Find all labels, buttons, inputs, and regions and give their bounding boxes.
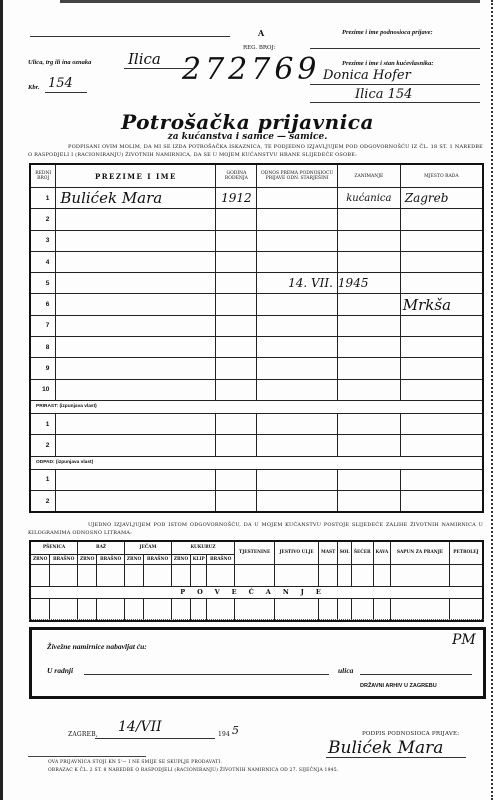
relation-cell[interactable] (257, 294, 338, 315)
form-subtitle: za kućanstva i samce — samice. (0, 132, 495, 142)
stock-cell[interactable] (391, 564, 450, 586)
table-row: 4 (30, 251, 483, 272)
name-cell[interactable] (56, 469, 216, 490)
sub-header: BRAŠNO (50, 554, 78, 564)
year-cell[interactable] (216, 358, 257, 379)
name-cell[interactable] (56, 251, 216, 272)
group-header-jecam: JEČAM (125, 541, 172, 554)
sub-header: KLIP (191, 554, 207, 564)
occupation-cell[interactable] (337, 469, 400, 490)
sub-header: ZRNO (125, 554, 144, 564)
year-cell[interactable] (216, 294, 257, 315)
name-cell[interactable] (56, 358, 216, 379)
sub-header: BRAŠNO (207, 554, 235, 564)
sub-header: ZRNO (30, 554, 50, 564)
sub-header: ZRNO (78, 554, 97, 564)
workplace-cell[interactable] (400, 469, 483, 490)
table-row: 3 (30, 230, 483, 251)
table-row: 8 (30, 337, 483, 358)
separator (29, 619, 484, 620)
occupation-cell[interactable] (337, 294, 400, 315)
name-cell[interactable] (56, 435, 216, 456)
reg-broj-value[interactable]: 272769 (182, 52, 321, 87)
relation-cell[interactable] (257, 230, 338, 251)
occupation-cell[interactable]: kućanica (337, 188, 400, 209)
street-field[interactable] (360, 674, 472, 675)
name-cell[interactable] (56, 379, 216, 400)
prirast-row: 2 (30, 435, 483, 456)
col-header-sol: SOL (338, 541, 352, 564)
footer-rule (28, 756, 146, 757)
form-title: Potrošačka prijavnica (0, 110, 495, 134)
name-cell[interactable] (56, 337, 216, 358)
occupation-cell[interactable] (337, 435, 400, 456)
owner-address-line (310, 102, 480, 103)
workplace-cell[interactable] (400, 358, 483, 379)
row-number: 4 (30, 251, 56, 272)
increase-cell[interactable] (338, 598, 352, 621)
increase-cell[interactable] (97, 598, 125, 621)
col-header-secer: ŠEĆER (351, 541, 373, 564)
stock-cell[interactable] (449, 564, 483, 586)
initials: PM (452, 632, 476, 648)
increase-cell[interactable] (78, 598, 97, 621)
odpad-label: ODPAD: (izpunjava vlast) (30, 456, 483, 469)
year-cell[interactable] (216, 469, 257, 490)
relation-cell[interactable]: 14. VII. (257, 273, 338, 294)
stock-cell[interactable] (125, 564, 144, 586)
row-number: 2 (30, 435, 56, 456)
increase-cell[interactable] (144, 598, 172, 621)
workplace-cell[interactable] (400, 209, 483, 230)
form-letter: A (258, 28, 264, 38)
year-suffix[interactable]: 5 (232, 724, 239, 737)
submitter-label: Prezime i ime podnosioca prijave: (342, 29, 433, 36)
year-prefix: 194 (218, 731, 230, 738)
relation-cell[interactable] (257, 188, 338, 209)
col-header-occupation: ZANIMANJE (337, 164, 400, 188)
row-number: 10 (30, 379, 56, 400)
table-row: 10 (30, 379, 483, 400)
table-row: 1 Bulićek Mara 1912 kućanica Zagreb (30, 188, 483, 209)
col-header-petrolej: PETROLEJ (449, 541, 483, 564)
stock-text: UJEDNO IZJAVLJUJEM POD ISTOM ODGOVORNOŠĆ… (28, 521, 483, 537)
ulica-label: Ulica, trg ili ina oznaka (28, 59, 91, 66)
workplace-cell[interactable] (400, 251, 483, 272)
stock-cell[interactable] (30, 564, 50, 586)
relation-cell[interactable] (257, 251, 338, 272)
signature-value[interactable]: Bulićek Mara (328, 738, 443, 758)
table-row: 9 (30, 358, 483, 379)
sub-header: BRAŠNO (97, 554, 125, 564)
col-header-kava: KAVA (373, 541, 390, 564)
date-value[interactable]: 14/VII (118, 719, 162, 735)
occupation-cell[interactable]: 1945 (337, 273, 400, 294)
stock-cell[interactable] (373, 564, 390, 586)
col-header-tjestenine: TJESTENINE (235, 541, 275, 564)
increase-cell[interactable] (449, 598, 483, 621)
owner-address[interactable]: Ilica 154 (355, 87, 412, 102)
relation-cell[interactable] (257, 490, 338, 512)
increase-cell[interactable] (50, 598, 78, 621)
stock-cell[interactable] (275, 564, 319, 586)
col-header-workplace: MJESTO RADA (400, 164, 483, 188)
owner-name[interactable]: Donica Hofer (323, 68, 411, 83)
increase-cell[interactable] (391, 598, 450, 621)
name-cell[interactable] (56, 294, 216, 315)
stock-cell[interactable] (338, 564, 352, 586)
increase-cell[interactable] (30, 598, 50, 621)
prirast-label: PRIRAST: (izpunjava vlast) (30, 400, 483, 413)
reg-broj-label: REG. BROJ: (243, 45, 275, 51)
year-cell[interactable] (216, 490, 257, 512)
table-row: 5 14. VII. 1945 (30, 273, 483, 294)
stock-cell[interactable] (144, 564, 172, 586)
group-header-kukuruz: KUKURUZ (171, 541, 234, 554)
name-cell[interactable] (56, 490, 216, 512)
increase-cell[interactable] (191, 598, 207, 621)
stock-cell[interactable] (207, 564, 235, 586)
stock-cell[interactable] (319, 564, 338, 586)
relation-cell[interactable] (257, 435, 338, 456)
year-cell[interactable] (216, 315, 257, 336)
intro-text: PODPISANI OVIM MOLIM, DA MI SE IZDA POTR… (28, 143, 483, 159)
row-number: 2 (30, 209, 56, 230)
price-note: OVA PRIJAVNICA STOJI KN 5'— I NE SMIJE S… (48, 760, 222, 765)
year-cell[interactable] (216, 230, 257, 251)
workplace-cell[interactable]: Zagreb (400, 188, 483, 209)
occupation-cell[interactable] (337, 337, 400, 358)
row-number: 1 (30, 413, 56, 434)
row-number: 6 (30, 294, 56, 315)
occupation-cell[interactable] (337, 490, 400, 512)
relation-cell[interactable] (257, 358, 338, 379)
official-signature: Mrkša (400, 294, 483, 315)
kbr-value[interactable]: 154 (48, 76, 73, 91)
row-number: 3 (30, 230, 56, 251)
sub-header: BRAŠNO (144, 554, 172, 564)
kbr-label: Kbr. (28, 84, 39, 91)
occupation-cell[interactable] (337, 379, 400, 400)
year-cell[interactable] (216, 413, 257, 434)
owner-label: Prezime i ime i stan kućevlasnika: (342, 60, 434, 67)
owner-name-line (310, 84, 480, 85)
row-number: 1 (30, 188, 56, 209)
year-cell[interactable] (216, 337, 257, 358)
col-header-no: REDNI BROJ (30, 164, 56, 188)
stock-cell[interactable] (171, 564, 190, 586)
occupation-cell[interactable] (337, 315, 400, 336)
name-cell[interactable] (56, 315, 216, 336)
row-number: 1 (30, 469, 56, 490)
increase-cell[interactable] (319, 598, 338, 621)
group-header-psenica: PŠENICA (30, 541, 78, 554)
archive-stamp: DRŽAVNI ARHIV U ZAGREBU (360, 683, 437, 689)
odpad-row: 2 (30, 490, 483, 512)
date-line (95, 738, 215, 739)
col-header-relation: ODNOS PREMA PODNOSIOCU PRIJAVE ODN. STAR… (257, 164, 338, 188)
stock-cell[interactable] (191, 564, 207, 586)
stock-cell[interactable] (78, 564, 97, 586)
year-cell[interactable] (216, 209, 257, 230)
store-field[interactable] (84, 674, 329, 675)
increase-cell[interactable] (235, 598, 275, 621)
workplace-cell[interactable] (400, 230, 483, 251)
workplace-cell[interactable] (400, 273, 483, 294)
year-cell[interactable] (216, 379, 257, 400)
povecanje-label: POVEĆANJE (30, 586, 483, 598)
name-cell[interactable] (56, 230, 216, 251)
top-left-blank-line (30, 36, 230, 37)
top-edge-strip (60, 0, 480, 3)
relation-cell[interactable] (257, 413, 338, 434)
odpad-row: 1 (30, 469, 483, 490)
signature-label: PODPIS PODNOSIOCA PRIJAVE: (362, 731, 459, 737)
stock-cell[interactable] (351, 564, 373, 586)
row-number: 2 (30, 490, 56, 512)
relation-cell[interactable] (257, 315, 338, 336)
workplace-cell[interactable] (400, 315, 483, 336)
table-row: 2 (30, 209, 483, 230)
supply-box: Živežne namirnice nabavljat ću: U radnji… (29, 627, 486, 699)
name-cell[interactable] (56, 209, 216, 230)
increase-cell[interactable] (351, 598, 373, 621)
row-number: 8 (30, 337, 56, 358)
col-header-ulje: JESTIVO ULJE (275, 541, 319, 564)
city-label: ZAGREB, (68, 731, 98, 738)
store-label: U radnji (47, 666, 73, 675)
occupation-cell[interactable] (337, 230, 400, 251)
sub-header: ZRNO (171, 554, 190, 564)
table-row: 6 Mrkša (30, 294, 483, 315)
stock-cell[interactable] (50, 564, 78, 586)
increase-cell[interactable] (207, 598, 235, 621)
workplace-cell[interactable] (400, 435, 483, 456)
supply-title: Živežne namirnice nabavljat ću: (47, 642, 147, 651)
row-number: 7 (30, 315, 56, 336)
increase-cell[interactable] (125, 598, 144, 621)
occupation-cell[interactable] (337, 209, 400, 230)
year-cell[interactable] (216, 251, 257, 272)
increase-cell[interactable] (171, 598, 190, 621)
col-header-year: GODINA RODENJA (216, 164, 257, 188)
stock-row (30, 564, 483, 586)
stock-cell[interactable] (97, 564, 125, 586)
relation-cell[interactable] (257, 337, 338, 358)
col-header-mast: MAST (319, 541, 338, 564)
col-header-sapun: SAPUN ZA PRANJE (391, 541, 450, 564)
street-label: ulica (338, 666, 353, 675)
col-header-name: PREZIME I IME (56, 164, 216, 188)
signature-line (326, 757, 466, 758)
table-row: 7 (30, 315, 483, 336)
relation-cell[interactable] (257, 209, 338, 230)
occupation-cell[interactable] (337, 358, 400, 379)
kbr-field-line (45, 92, 87, 93)
ulica-value[interactable]: Ilica (128, 50, 161, 68)
submitter-field[interactable] (310, 48, 480, 49)
year-cell[interactable]: 1912 (216, 188, 257, 209)
increase-cell[interactable] (275, 598, 319, 621)
increase-cell[interactable] (373, 598, 390, 621)
ulica-field-line (124, 68, 194, 69)
increase-row (30, 598, 483, 621)
name-cell[interactable]: Bulićek Mara (56, 188, 216, 209)
year-cell[interactable] (216, 435, 257, 456)
row-number: 9 (30, 358, 56, 379)
prirast-row: 1 (30, 413, 483, 434)
workplace-cell[interactable] (400, 379, 483, 400)
name-cell[interactable] (56, 413, 216, 434)
workplace-cell[interactable] (400, 413, 483, 434)
group-header-raz: RAŽ (78, 541, 125, 554)
relation-cell[interactable] (257, 469, 338, 490)
persons-table: REDNI BROJ PREZIME I IME GODINA RODENJA … (29, 163, 484, 513)
legal-note: OBRAZAC K ČL. 2 ST. 8 NAREDBE O RASPODJE… (48, 768, 338, 773)
occupation-cell[interactable] (337, 251, 400, 272)
workplace-cell[interactable] (400, 490, 483, 512)
food-stock-table: PŠENICA RAŽ JEČAM KUKURUZ TJESTENINE JES… (29, 540, 484, 622)
name-cell[interactable] (56, 273, 216, 294)
year-cell[interactable] (216, 273, 257, 294)
stock-cell[interactable] (235, 564, 275, 586)
occupation-cell[interactable] (337, 413, 400, 434)
workplace-cell[interactable] (400, 337, 483, 358)
row-number: 5 (30, 273, 56, 294)
relation-cell[interactable] (257, 379, 338, 400)
